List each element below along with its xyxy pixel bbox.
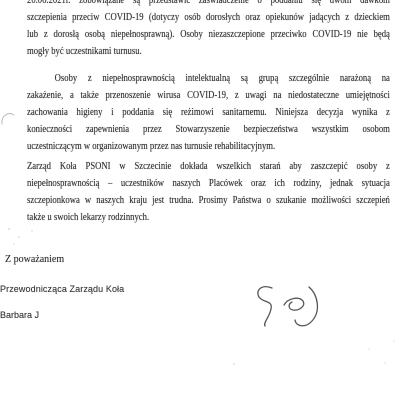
scan-speck <box>368 348 370 350</box>
signer-title: Przewodnicząca Zarządu Koła <box>0 284 124 294</box>
text-line: także u swoich lekarzy rodzinnych. <box>27 209 390 226</box>
paragraph-3: Zarząd Koła PSONI w Szczecinie dokłada w… <box>27 158 390 226</box>
scan-speck <box>384 362 386 364</box>
scan-speck <box>233 363 235 365</box>
text-line: lub z dorosłą osobą niepełnosprawną). Os… <box>27 26 390 43</box>
text-line: niepełnosprawnością – uczestników naszyc… <box>27 175 390 192</box>
scan-speck <box>31 230 33 232</box>
paragraph-1: 20.06.2021r. zobowiązane są przedstawić … <box>27 0 390 60</box>
text-line: mogły być uczestnikami turnusu. <box>27 43 390 60</box>
scan-speck <box>13 243 15 245</box>
scan-speck <box>8 228 10 230</box>
handwritten-signature <box>250 282 340 332</box>
text-line: Zarząd Koła PSONI w Szczecinie dokłada w… <box>27 158 390 175</box>
text-line: 20.06.2021r. zobowiązane są przedstawić … <box>27 0 390 9</box>
text-line: konieczności zapewnienia przez Stowarzys… <box>27 121 390 138</box>
text-line: uczestniczącym w organizowanym przez nas… <box>27 138 390 155</box>
scan-speck <box>18 236 20 238</box>
document-page: 20.06.2021r. zobowiązane są przedstawić … <box>0 0 400 400</box>
text-line: Osoby z niepełnosprawnością intelektualn… <box>27 70 390 87</box>
text-line: szczepienia przeciw COVID-19 (dotyczy os… <box>27 9 390 26</box>
text-line: zachowania higieny i poddania się reżimo… <box>27 104 390 121</box>
text-line: szczepionkowa w naszych kraju jest trudn… <box>27 192 390 209</box>
signer-name: Barbara J <box>0 310 39 320</box>
closing-salutation: Z poważaniem <box>5 254 64 265</box>
text-line: zakażenie, a także przenoszenie wirusa C… <box>27 87 390 104</box>
letter-body: 20.06.2021r. zobowiązane są przedstawić … <box>27 0 390 226</box>
paragraph-2: Osoby z niepełnosprawnością intelektualn… <box>27 70 390 155</box>
scan-speck <box>393 340 395 342</box>
scan-artifact-arc <box>0 108 18 130</box>
